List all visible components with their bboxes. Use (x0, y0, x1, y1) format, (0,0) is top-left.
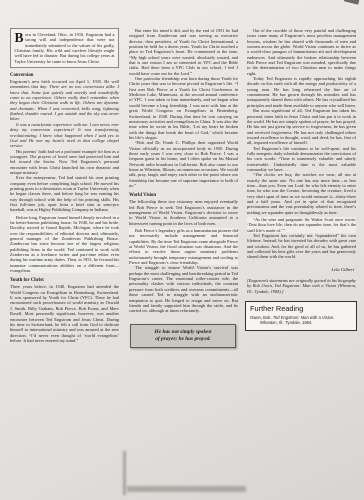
heading-world-vision: World Vision (129, 193, 238, 199)
intro-paragraph-box: Born in Cleveland, Ohio, in 1916, Engstr… (10, 28, 119, 68)
paragraph-yfc-president: But enter his mind it did, and by the en… (129, 28, 238, 76)
intro-text: orn in Cleveland, Ohio, in 1916, Engstro… (15, 32, 115, 64)
paragraph-entrepreneur: Ever the entrepreneur, Ted had started h… (10, 175, 119, 212)
paragraph-parents-faith: His parents’ faith had set a profound ex… (10, 149, 119, 176)
paragraph-most-significant: But most significant of all, Ted Engstro… (247, 108, 356, 145)
paragraph-clocks: “The clocks we buy, the watches we wear,… (247, 172, 356, 215)
entry-publisher: Wheaton, Ill.: Tyndale, 1984. (260, 320, 312, 325)
paragraph-eighth-decade: Today Ted Engstrom is rapidly approachin… (247, 76, 356, 108)
paragraph-yfc-congress: Three years before, in 1948, Engstrom ha… (10, 284, 119, 343)
further-reading-box: Further Reading Owen, Bob. Ted Engstrom:… (245, 301, 357, 330)
drop-cap-letter: B (15, 33, 24, 43)
column-middle: But enter his mind it did, and by the en… (129, 28, 238, 348)
heading-youth-for-christ: Youth for Christ (10, 278, 119, 284)
source-note: [Engstrom’s statements are originally qu… (247, 278, 356, 294)
conversion-quote-text: There are no two conversions alike. I kn… (10, 84, 119, 121)
paragraph-world-vision-founding: “Bob and Dr. Frank C. Phillips then orga… (129, 140, 238, 188)
scan-shadow-horizontal (127, 486, 246, 492)
pull-quote-box: He has not simply spoken of prayer; he h… (130, 324, 236, 348)
paragraph-friendship-pierce: One particular friendship was born durin… (129, 76, 238, 140)
paragraph-pierce-gifts: Bob Pierce’s legendary gifts as a humani… (129, 228, 238, 266)
paragraph-conversion-2: It was a cataclysmic experience with me.… (10, 122, 119, 149)
paragraph-not-squandered: Ted Engstrom has certainly not “squander… (247, 233, 356, 260)
scanned-book-page: Born in Cleveland, Ohio, in 1916, Engstr… (0, 0, 364, 500)
paragraph-walter-scott: “As the wise and pragmatic Sir Walter Sc… (247, 217, 356, 234)
paragraph-crucible: Out of the crucible of those very painfu… (247, 28, 356, 76)
paragraph-conversion-1: Engstrom’s new birth occurred on April 1… (10, 79, 119, 122)
author-byline: Lela Gilbert (247, 267, 356, 272)
further-reading-title: Further Reading (250, 305, 352, 314)
column-right: Out of the crucible of those very painfu… (247, 28, 356, 331)
scan-shadow-vertical (123, 451, 126, 495)
column-left: Born in Cleveland, Ohio, in 1916, Engstr… (10, 28, 119, 343)
scan-corner-artifact (344, 0, 360, 5)
paragraph-zondervan: Before long, Engstrom found himself deep… (10, 214, 119, 273)
further-reading-entry: Owen, Bob. Ted Engstrom: Man with a Visi… (250, 315, 352, 325)
heading-conversion: Conversion (10, 73, 119, 79)
paragraph-struggle: The struggle to ensure World Vision’s su… (129, 265, 238, 313)
paragraph-time-valuable: Ted Engstrom’s life continues to be well… (247, 146, 356, 173)
paragraph-fellowship: The fellowship these two visionary men e… (129, 199, 238, 226)
